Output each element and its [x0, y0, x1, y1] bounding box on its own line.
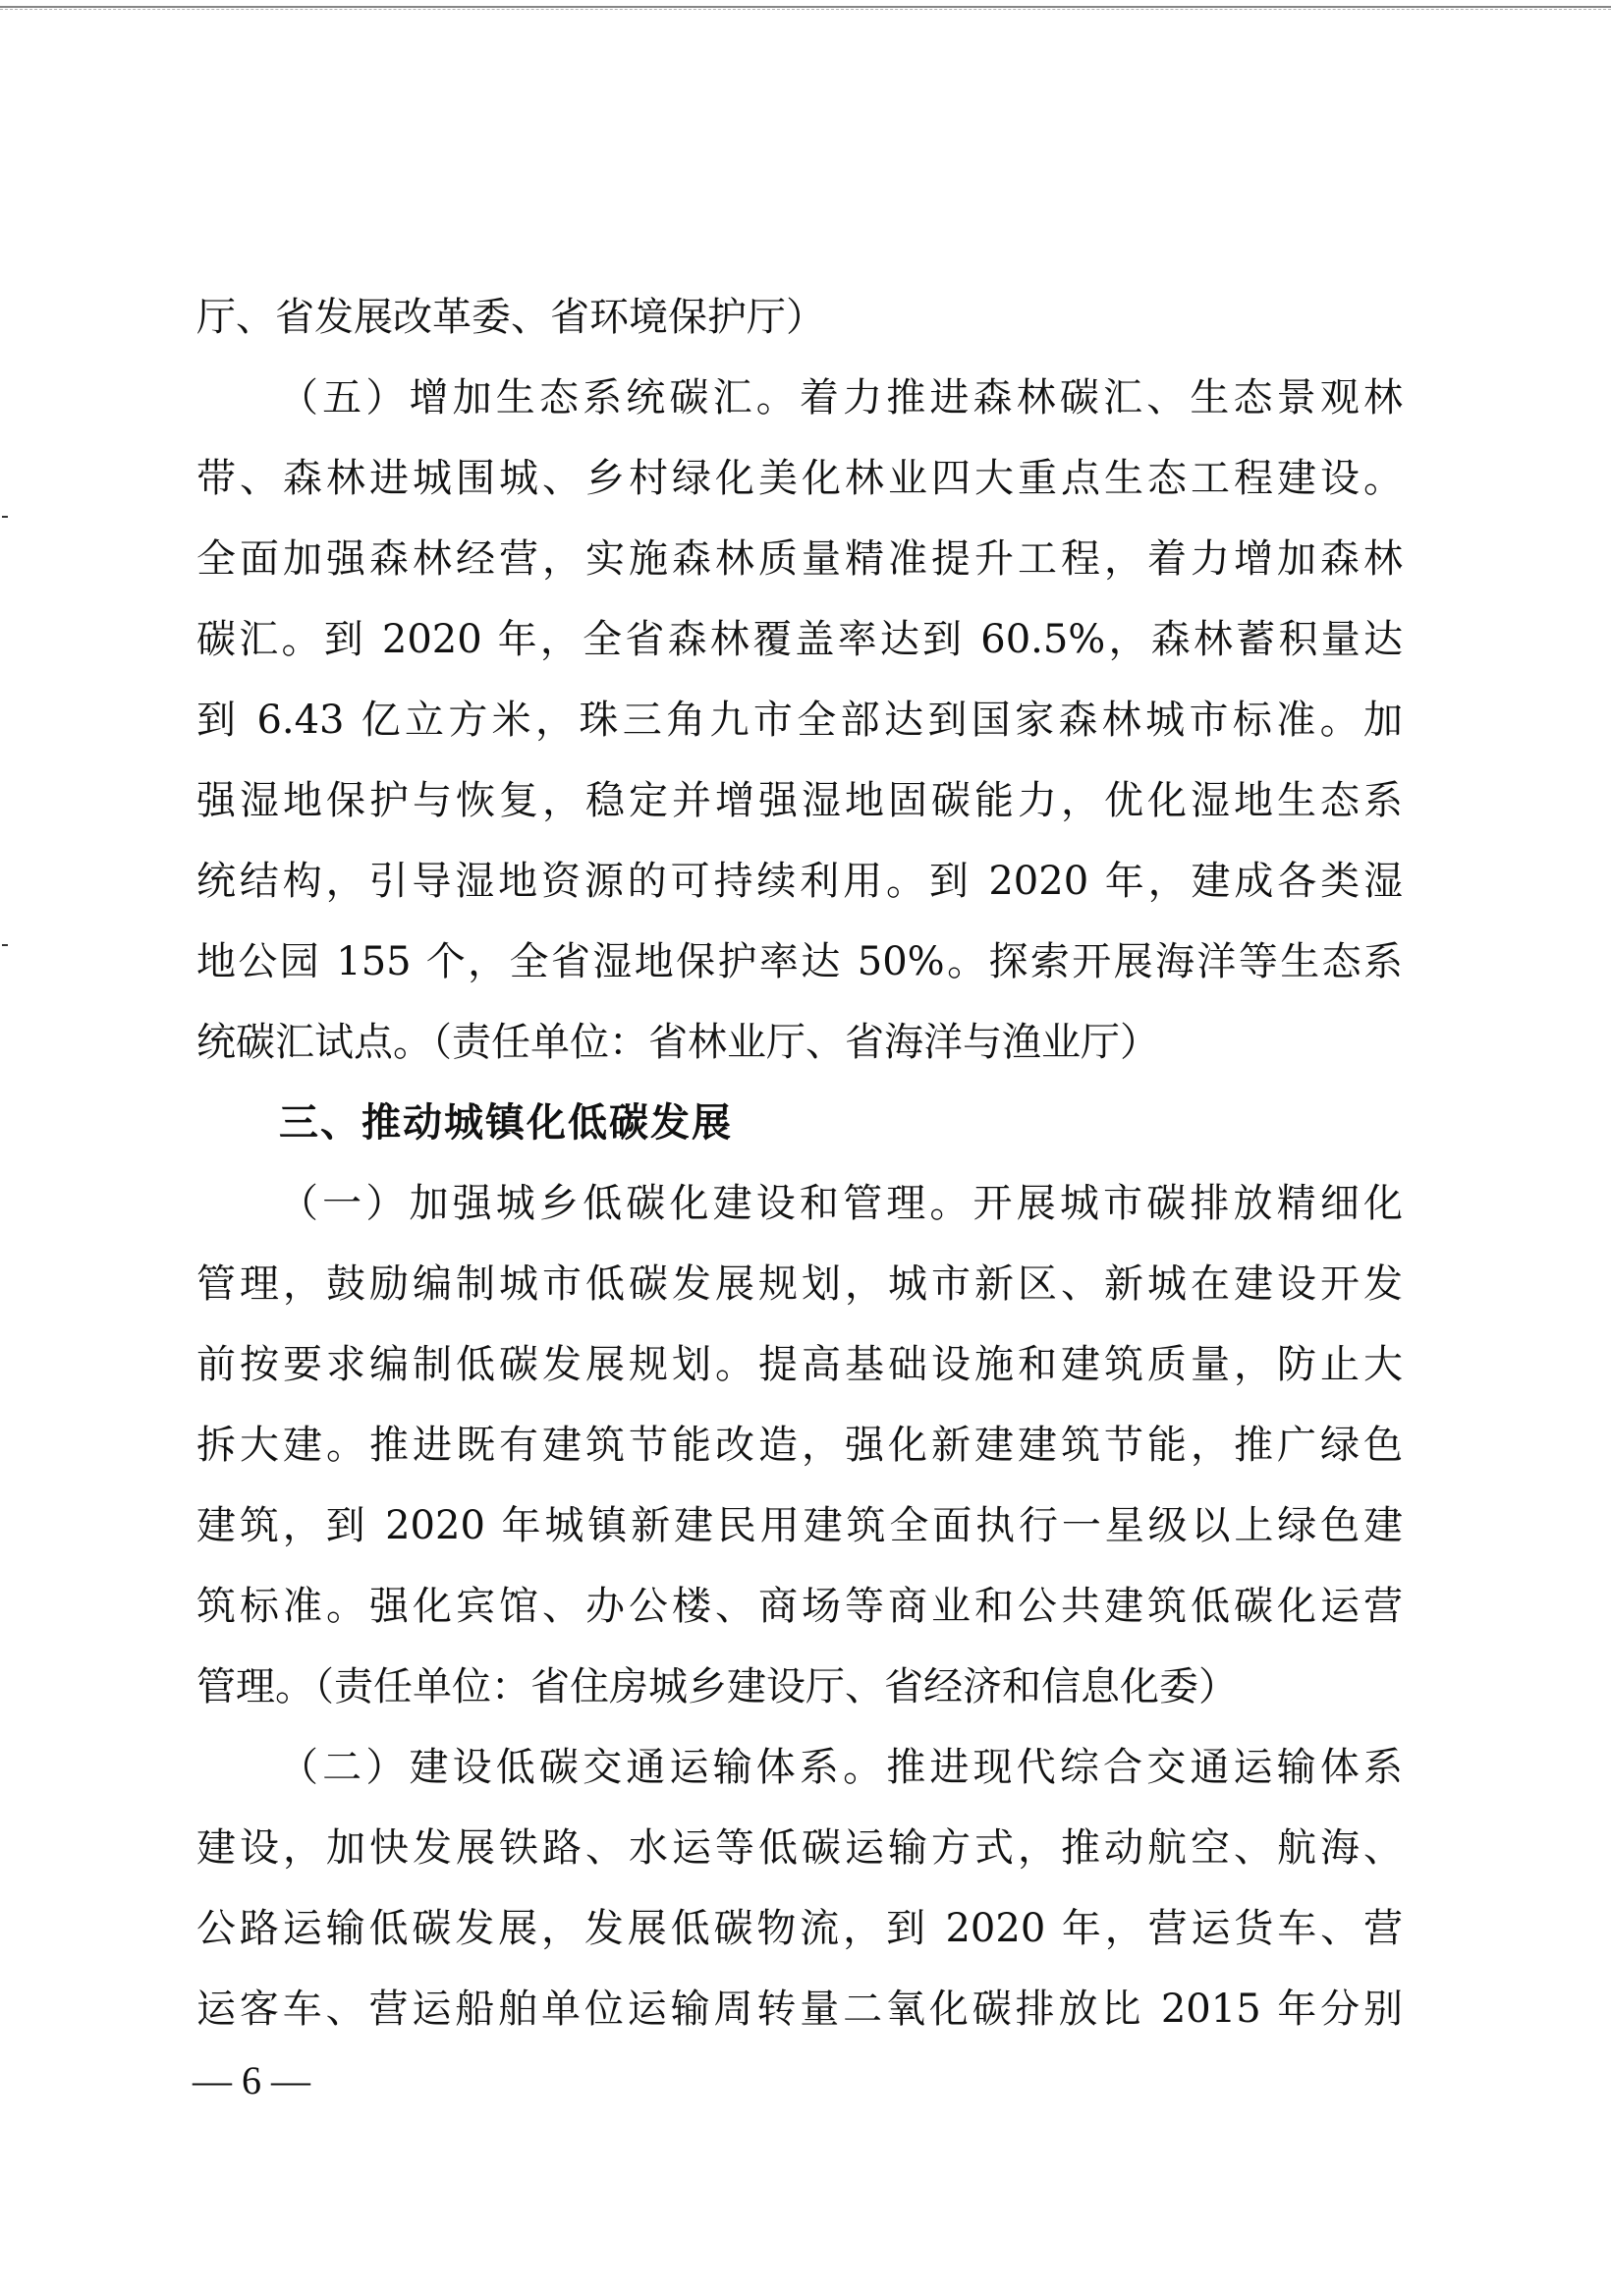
paragraph-line-section-5: （五）增加生态系统碳汇。着力推进森林碳汇、生态景观林 [196, 358, 1403, 438]
paragraph-line-subsection-1: （一）加强城乡低碳化建设和管理。开展城市碳排放精细化 [196, 1163, 1403, 1244]
paragraph-line: 全面加强森林经营，实施森林质量精准提升工程，着力增加森林 [196, 519, 1403, 599]
document-body: 厅、省发展改革委、省环境保护厅） （五）增加生态系统碳汇。着力推进森林碳汇、生态… [196, 277, 1403, 2049]
paragraph-line: 运客车、营运船舶单位运输周转量二氧化碳排放比 2015 年分别 [196, 1969, 1403, 2049]
scan-edge-dashes [0, 9, 1611, 11]
paragraph-line: 地公园 155 个，全省湿地保护率达 50%。探索开展海洋等生态系 [196, 922, 1403, 1002]
paragraph-line: 管理。（责任单位：省住房城乡建设厅、省经济和信息化委） [196, 1647, 1403, 1727]
paragraph-line: 到 6.43 亿立方米，珠三角九市全部达到国家森林城市标准。加 [196, 680, 1403, 760]
section-heading: 三、推动城镇化低碳发展 [196, 1083, 1403, 1163]
paragraph-line: 公路运输低碳发展，发展低碳物流，到 2020 年，营运货车、营 [196, 1888, 1403, 1969]
page-number: — 6 — [193, 2051, 310, 2110]
margin-punch-mark [2, 516, 8, 518]
paragraph-line: 建设，加快发展铁路、水运等低碳运输方式，推动航空、航海、 [196, 1808, 1403, 1888]
paragraph-line: 前按要求编制低碳发展规划。提高基础设施和建筑质量，防止大 [196, 1324, 1403, 1405]
paragraph-line: 碳汇。到 2020 年，全省森林覆盖率达到 60.5%，森林蓄积量达 [196, 599, 1403, 680]
paragraph-line: 筑标准。强化宾馆、办公楼、商场等商业和公共建筑低碳化运营 [196, 1566, 1403, 1647]
margin-punch-mark [2, 944, 8, 946]
paragraph-line: 统结构，引导湿地资源的可持续利用。到 2020 年，建成各类湿 [196, 841, 1403, 922]
paragraph-line: 建筑，到 2020 年城镇新建民用建筑全面执行一星级以上绿色建 [196, 1485, 1403, 1566]
paragraph-line: 强湿地保护与恢复，稳定并增强湿地固碳能力，优化湿地生态系 [196, 760, 1403, 841]
paragraph-line: 带、森林进城围城、乡村绿化美化林业四大重点生态工程建设。 [196, 438, 1403, 519]
paragraph-line-subsection-2: （二）建设低碳交通运输体系。推进现代综合交通运输体系 [196, 1727, 1403, 1808]
paragraph-line: 管理，鼓励编制城市低碳发展规划，城市新区、新城在建设开发 [196, 1244, 1403, 1324]
paragraph-line: 统碳汇试点。（责任单位：省林业厅、省海洋与渔业厅） [196, 1002, 1403, 1083]
paragraph-line: 厅、省发展改革委、省环境保护厅） [196, 277, 1403, 358]
paragraph-line: 拆大建。推进既有建筑节能改造，强化新建建筑节能，推广绿色 [196, 1405, 1403, 1485]
